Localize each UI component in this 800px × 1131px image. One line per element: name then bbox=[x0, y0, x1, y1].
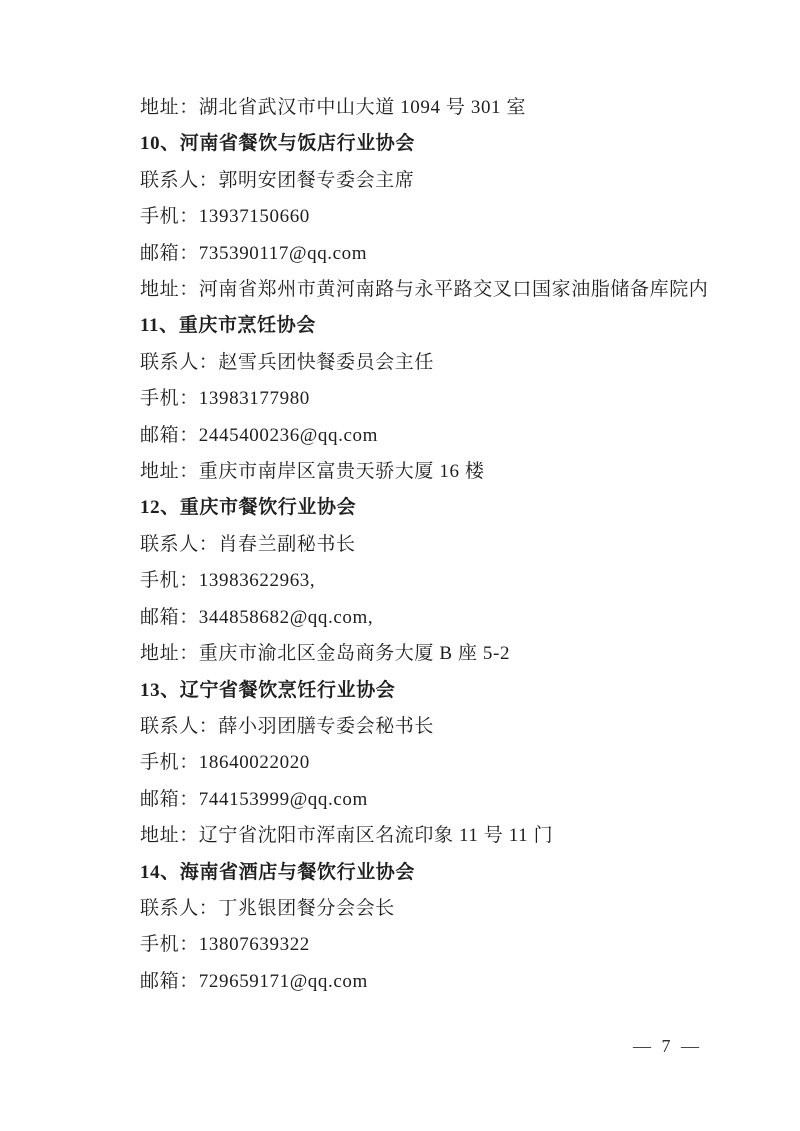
entry-title: 14、海南省酒店与餐饮行业协会 bbox=[140, 855, 740, 891]
page-number: — 7 — bbox=[633, 1034, 702, 1058]
phone-line: 手机：13937150660 bbox=[140, 199, 740, 235]
address-line: 地址：重庆市南岸区富贵天骄大厦 16 楼 bbox=[140, 454, 740, 490]
contact-line: 联系人：丁兆银团餐分会会长 bbox=[140, 891, 740, 927]
email-line: 邮箱：735390117@qq.com bbox=[140, 236, 740, 272]
contact-line: 联系人：郭明安团餐专委会主席 bbox=[140, 163, 740, 199]
email-line: 邮箱：729659171@qq.com bbox=[140, 964, 740, 1000]
entry-title: 13、辽宁省餐饮烹饪行业协会 bbox=[140, 673, 740, 709]
email-line: 邮箱：744153999@qq.com bbox=[140, 782, 740, 818]
email-line: 邮箱：344858682@qq.com, bbox=[140, 600, 740, 636]
document-page: 地址：湖北省武汉市中山大道 1094 号 301 室 10、河南省餐饮与饭店行业… bbox=[0, 0, 800, 1131]
email-line: 邮箱：2445400236@qq.com bbox=[140, 418, 740, 454]
phone-line: 手机：18640022020 bbox=[140, 745, 740, 781]
entry-title: 10、河南省餐饮与饭店行业协会 bbox=[140, 126, 740, 162]
address-line: 地址：重庆市渝北区金岛商务大厦 B 座 5-2 bbox=[140, 636, 740, 672]
entry-title: 11、重庆市烹饪协会 bbox=[140, 308, 740, 344]
phone-line: 手机：13807639322 bbox=[140, 927, 740, 963]
contact-line: 联系人：薛小羽团膳专委会秘书长 bbox=[140, 709, 740, 745]
contact-line: 联系人：赵雪兵团快餐委员会主任 bbox=[140, 345, 740, 381]
entry-title: 12、重庆市餐饮行业协会 bbox=[140, 490, 740, 526]
address-line: 地址：河南省郑州市黄河南路与永平路交叉口国家油脂储备库院内 bbox=[140, 272, 740, 308]
phone-line: 手机：13983177980 bbox=[140, 381, 740, 417]
association-directory: 地址：湖北省武汉市中山大道 1094 号 301 室 10、河南省餐饮与饭店行业… bbox=[140, 90, 740, 1000]
phone-line: 手机：13983622963, bbox=[140, 563, 740, 599]
contact-line: 联系人：肖春兰副秘书长 bbox=[140, 527, 740, 563]
address-line: 地址：湖北省武汉市中山大道 1094 号 301 室 bbox=[140, 90, 740, 126]
address-line: 地址：辽宁省沈阳市浑南区名流印象 11 号 11 门 bbox=[140, 818, 740, 854]
